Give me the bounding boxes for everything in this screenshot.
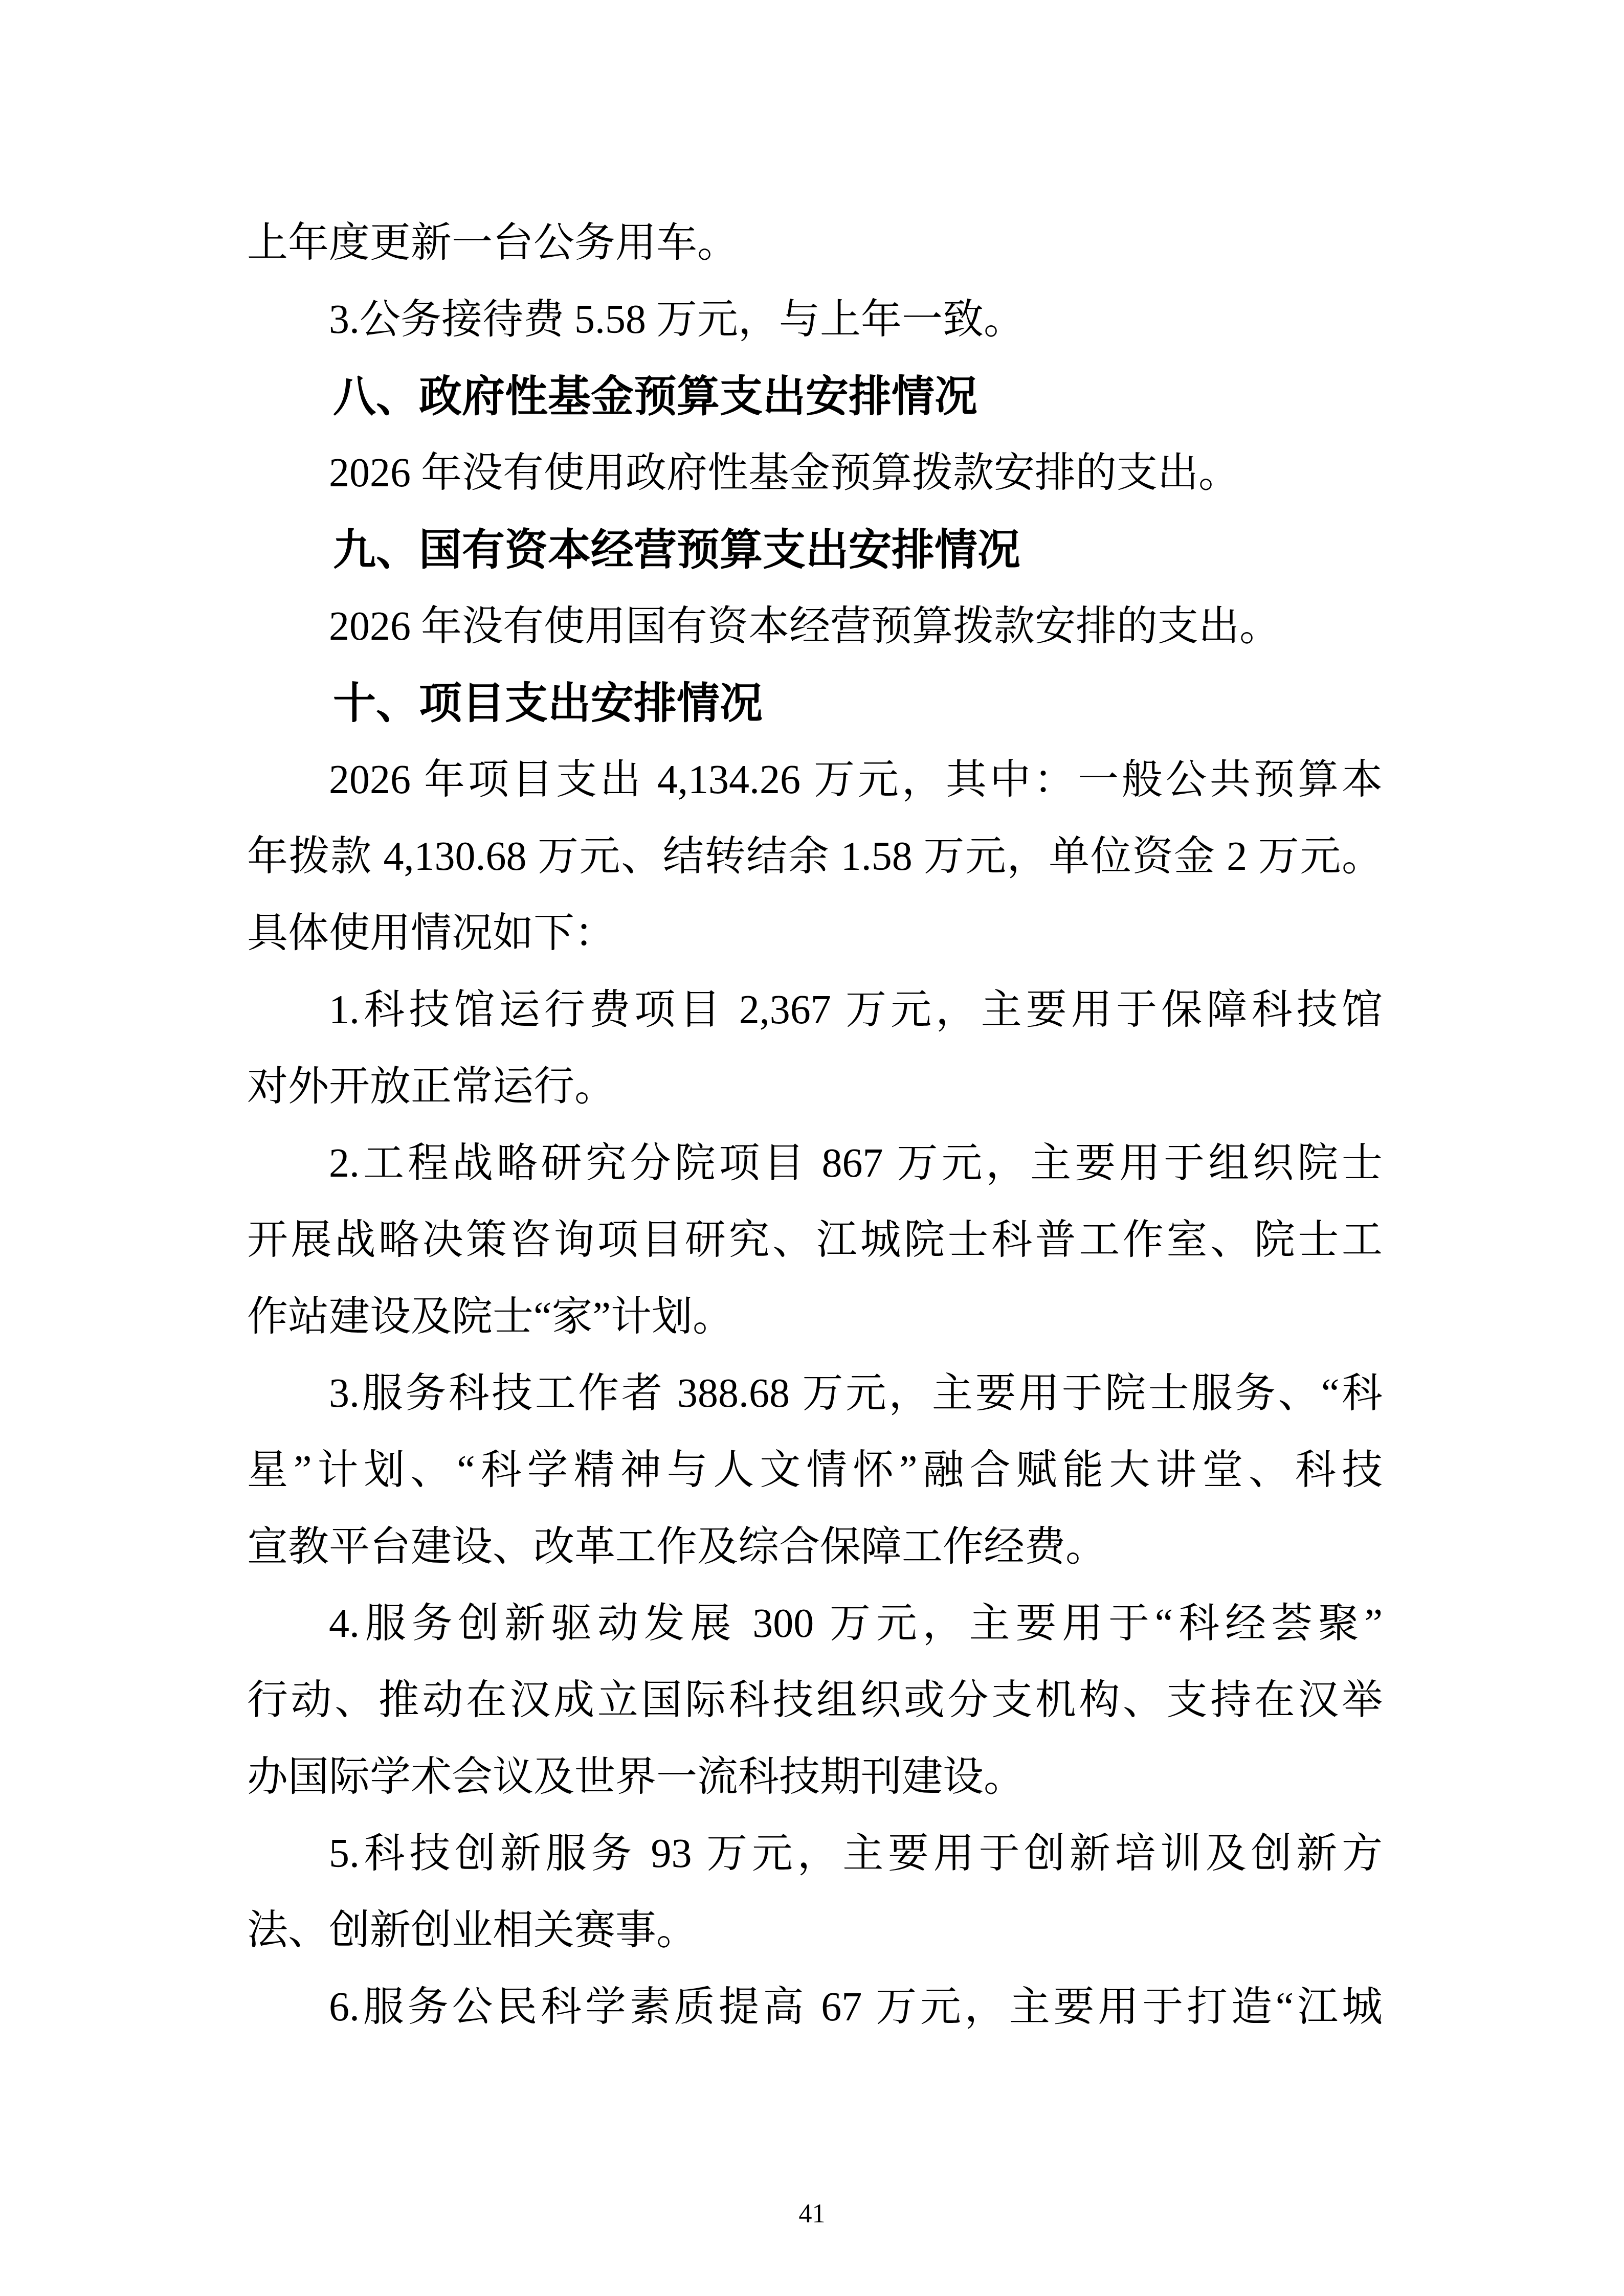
text-line: 2026 年没有使用国有资本经营预算拨款安排的支出。	[247, 588, 1383, 665]
text-line: 3.服务科技工作者 388.68 万元，主要用于院士服务、“科	[247, 1355, 1383, 1432]
text-line: 上年度更新一台公务用车。	[247, 205, 1383, 281]
text-line: 具体使用情况如下：	[247, 895, 1383, 972]
text-line: 4.服务创新驱动发展 300 万元，主要用于“科经荟聚”	[247, 1585, 1383, 1662]
document-page: 上年度更新一台公务用车。 3.公务接待费 5.58 万元，与上年一致。 八、政府…	[0, 0, 1624, 2296]
text-line: 5.科技创新服务 93 万元，主要用于创新培训及创新方	[247, 1815, 1383, 1892]
text-line: 办国际学术会议及世界一流科技期刊建设。	[247, 1739, 1383, 1815]
text-line: 法、创新创业相关赛事。	[247, 1892, 1383, 1969]
text-line: 作站建设及院士“家”计划。	[247, 1278, 1383, 1355]
section-heading: 九、国有资本经营预算支出安排情况	[247, 511, 1383, 588]
text-line: 3.公务接待费 5.58 万元，与上年一致。	[247, 281, 1383, 358]
page-number: 41	[0, 2198, 1624, 2231]
text-line: 6.服务公民科学素质提高 67 万元，主要用于打造“江城	[247, 1969, 1383, 2045]
section-heading: 十、项目支出安排情况	[247, 665, 1383, 741]
text-line: 对外开放正常运行。	[247, 1048, 1383, 1125]
text-line: 2.工程战略研究分院项目 867 万元，主要用于组织院士	[247, 1125, 1383, 1202]
text-block: 上年度更新一台公务用车。 3.公务接待费 5.58 万元，与上年一致。 八、政府…	[247, 205, 1383, 2045]
text-line: 宣教平台建设、改革工作及综合保障工作经费。	[247, 1509, 1383, 1585]
text-line: 2026 年项目支出 4,134.26 万元，其中：一般公共预算本	[247, 741, 1383, 818]
text-line: 2026 年没有使用政府性基金预算拨款安排的支出。	[247, 435, 1383, 511]
text-line: 1.科技馆运行费项目 2,367 万元，主要用于保障科技馆	[247, 972, 1383, 1048]
text-line: 行动、推动在汉成立国际科技组织或分支机构、支持在汉举	[247, 1662, 1383, 1739]
section-heading: 八、政府性基金预算支出安排情况	[247, 358, 1383, 435]
text-line: 星”计划、“科学精神与人文情怀”融合赋能大讲堂、科技	[247, 1432, 1383, 1509]
text-line: 开展战略决策咨询项目研究、江城院士科普工作室、院士工	[247, 1202, 1383, 1278]
text-line: 年拨款 4,130.68 万元、结转结余 1.58 万元，单位资金 2 万元。	[247, 818, 1383, 895]
